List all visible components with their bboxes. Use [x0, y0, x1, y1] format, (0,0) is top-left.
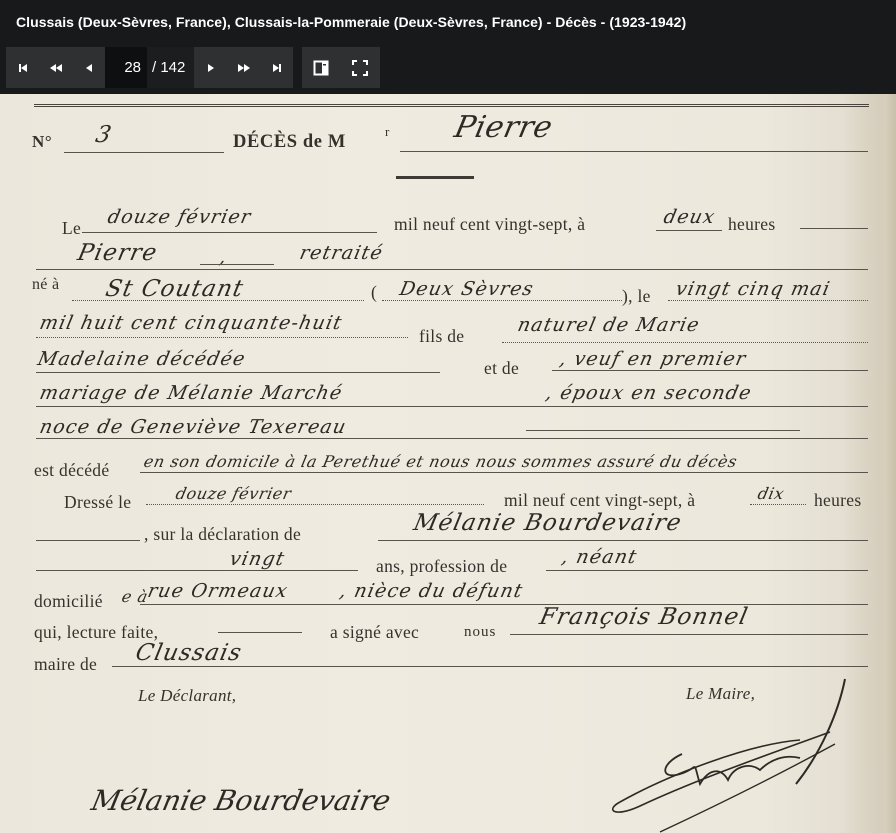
nous-label: nous [464, 624, 496, 641]
parent-line [502, 342, 868, 343]
declarant-profession: , néant [560, 546, 640, 568]
fullscreen-icon [352, 60, 368, 76]
declarant-relation: , nièce du défunt [338, 580, 526, 602]
ans-profession-label: ans, profession de [376, 556, 507, 577]
le-label: Le [62, 218, 81, 239]
name-line [400, 151, 868, 152]
previous-10-pages-button[interactable] [39, 47, 72, 88]
side-panel-icon [313, 60, 329, 76]
fils-de-label: fils de [419, 326, 464, 347]
mayor-name: François Bonnel [537, 604, 751, 630]
document-page-image[interactable]: N° 3 DÉCÈS de M r Pierre Le douze févrie… [0, 94, 896, 833]
deces-label: DÉCÈS de M [233, 132, 346, 153]
birth-place-line [72, 300, 364, 301]
marital-status: , veuf en premier [558, 348, 749, 370]
toggle-side-panel-button[interactable] [302, 47, 340, 88]
prev-nav-group [6, 47, 105, 88]
marital-line [552, 370, 868, 371]
parent-mother: naturel de Marie [516, 314, 702, 336]
birth-date-line [668, 300, 868, 301]
navigation-toolbar: / 142 [6, 47, 380, 88]
profession-line [546, 570, 868, 571]
mayor-signature-icon [600, 674, 860, 833]
declarant-residence: rue Ormeaux [146, 580, 291, 602]
et-de-label: et de [484, 358, 519, 379]
record-year-text: mil neuf cent vingt-sept, à [504, 490, 695, 511]
record-hour: dix [756, 484, 786, 503]
death-place-line [140, 472, 868, 473]
record-date-line [146, 504, 484, 505]
page-edge [874, 94, 896, 833]
top-rule [34, 104, 869, 107]
maire-de-label: maire de [34, 654, 97, 675]
name-dash [200, 264, 274, 265]
birth-year-line [36, 337, 408, 338]
commune-line [112, 666, 868, 667]
birth-year: mil huit cent cinquante-huit [38, 312, 345, 334]
commune-name: Clussais [133, 640, 244, 666]
mother-line [36, 372, 440, 373]
fast-forward-icon [237, 62, 251, 74]
fullscreen-button[interactable] [340, 47, 380, 88]
dresse-le-label: Dressé le [64, 492, 131, 513]
death-date: douze février [106, 206, 254, 228]
residence-line [140, 604, 868, 605]
number-label: N° [32, 132, 52, 152]
line10-dash [36, 540, 140, 541]
document-title: Clussais (Deux-Sèvres, France), Clussais… [16, 14, 686, 30]
mother-name: Madelaine décédée [36, 348, 248, 370]
viewer-header: Clussais (Deux-Sèvres, France), Clussais… [0, 0, 896, 94]
birth-place: St Coutant [103, 276, 246, 302]
declarant-line [378, 540, 868, 541]
second-marriage: , époux en seconde [544, 382, 754, 404]
record-heures-label: heures [814, 490, 861, 511]
record-hour-line [750, 504, 806, 505]
next-page-button[interactable] [194, 47, 227, 88]
death-place: en son domicile à la Perethué et nous no… [142, 452, 739, 471]
declarant-label: Le Déclarant, [138, 686, 236, 706]
line7-rule [36, 438, 868, 439]
next-icon [206, 62, 216, 74]
deceased-name: Pierre [451, 110, 555, 145]
last-page-icon [271, 62, 283, 74]
first-marriage: mariage de Mélanie Marché [38, 382, 345, 404]
department-line [382, 300, 622, 301]
next-nav-group [194, 47, 293, 88]
header-underline [396, 176, 474, 179]
second-spouse: noce de Geneviève Texereau [38, 416, 349, 438]
declarant-signature: Mélanie Bourdevaire [88, 784, 393, 817]
page-number-input[interactable] [105, 47, 147, 88]
previous-icon [84, 62, 94, 74]
est-decede-label: est décédé [34, 460, 109, 481]
view-options-group [302, 47, 380, 88]
birth-date: vingt cinq mai [674, 278, 833, 300]
paren-open: ( [371, 282, 377, 303]
declarant-age: vingt [228, 548, 288, 570]
heures-label: heures [728, 214, 775, 235]
deces-superscript: r [385, 124, 390, 140]
domicilie-label: domicilié [34, 591, 103, 612]
signe-avec-label: a signé avec [330, 622, 419, 643]
page-indicator: / 142 [105, 47, 194, 88]
mayor-line [510, 634, 868, 635]
death-hour-line [656, 230, 722, 231]
birth-department: Deux Sèvres [398, 278, 536, 300]
last-page-button[interactable] [260, 47, 293, 88]
first-page-button[interactable] [6, 47, 39, 88]
heures-line [800, 228, 868, 229]
number-value: 3 [93, 122, 114, 148]
number-line [64, 152, 224, 153]
next-10-pages-button[interactable] [227, 47, 260, 88]
declarant-name: Mélanie Bourdevaire [411, 510, 684, 536]
deceased-first-name: Pierre [75, 240, 160, 266]
record-date: douze février [174, 484, 293, 503]
age-line [36, 570, 358, 571]
lecture-dash [218, 632, 302, 633]
rewind-icon [49, 62, 63, 74]
previous-page-button[interactable] [72, 47, 105, 88]
line2-rule [36, 269, 868, 270]
first-page-icon [17, 62, 29, 74]
death-date-line [82, 232, 377, 233]
spouse-dash [526, 430, 800, 431]
death-year-text: mil neuf cent vingt-sept, à [394, 214, 585, 235]
declaration-label: , sur la déclaration de [144, 524, 301, 545]
occupation: retraité [298, 242, 386, 264]
line6-rule [36, 406, 868, 407]
death-hour: deux [662, 206, 718, 228]
ne-a-label: né à [32, 276, 59, 294]
page-total: / 142 [147, 59, 194, 76]
paren-close: ), le [622, 286, 651, 307]
